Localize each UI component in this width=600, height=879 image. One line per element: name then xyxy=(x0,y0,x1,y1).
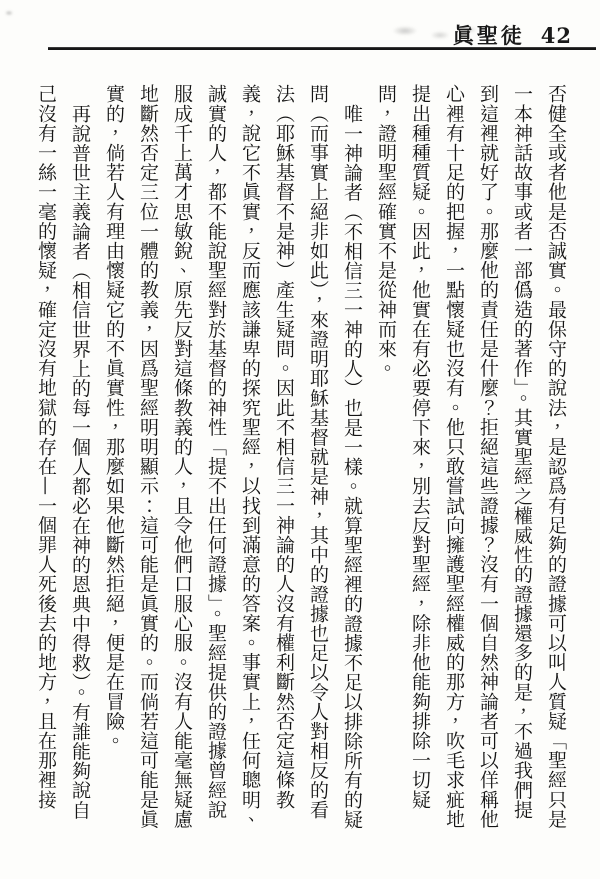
scan-smudge xyxy=(2,8,16,18)
header-rule xyxy=(48,47,596,50)
running-head: 眞聖徒 42 xyxy=(453,20,572,50)
body-text: 否健全或者他是否誠實。最保守的說法，是認爲有足夠的證據可以叫人質疑「聖經只是一本… xyxy=(26,84,573,832)
page-number: 42 xyxy=(541,23,572,48)
body-paragraph: 唯一神論者（不相信三一神的人）也是一樣。就算聖經裡的證據不足以排除所有的疑問（而… xyxy=(97,84,369,832)
body-paragraph: 否健全或者他是否誠實。最保守的說法，是認爲有足夠的證據可以叫人質疑「聖經只是一本… xyxy=(369,84,573,832)
body-paragraph: 再說普世主義論者（相信世界上的每一個人都必在神的恩典中得救）。有誰能夠說自己沒有… xyxy=(29,84,97,832)
book-title: 眞聖徒 xyxy=(453,20,525,50)
scanned-book-page: 眞聖徒 42 否健全或者他是否誠實。最保守的說法，是認爲有足夠的證據可以叫人質疑… xyxy=(0,0,600,879)
